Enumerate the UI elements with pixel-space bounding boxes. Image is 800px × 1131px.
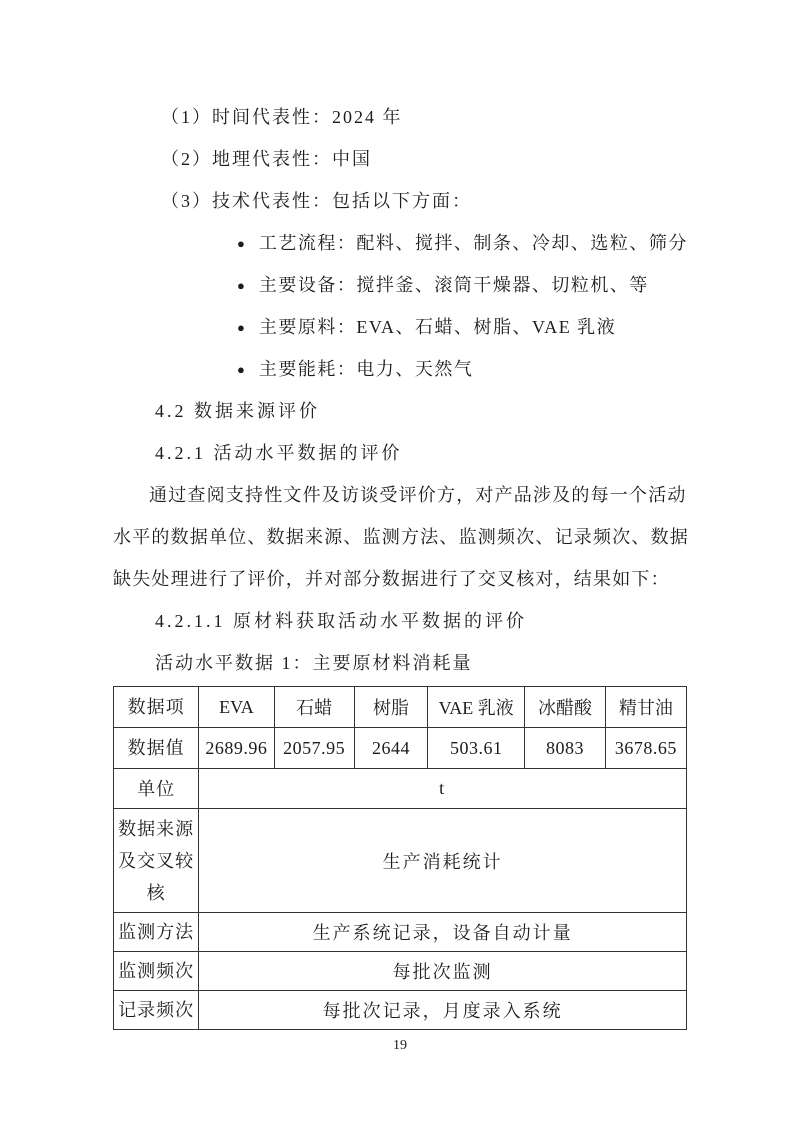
table-header-cell: EVA — [199, 687, 274, 728]
table-header-cell: 树脂 — [354, 687, 427, 728]
section-heading-4-2-1: 4.2.1 活动水平数据的评价 — [113, 432, 688, 474]
data-cell: 2057.95 — [274, 728, 354, 769]
bullet-text: 主要能耗：电力、天然气 — [259, 359, 474, 379]
bullet-item-equipment: ●主要设备：搅拌釜、滚筒干燥器、切粒机、等 — [113, 264, 688, 306]
bullet-icon: ● — [237, 349, 245, 391]
document-page: （1）时间代表性：2024 年 （2）地理代表性：中国 （3）技术代表性：包括以… — [0, 0, 800, 1131]
table-row-unit: 单位 t — [114, 769, 687, 809]
data-cell: t — [199, 769, 687, 809]
bullet-item-materials: ●主要原料：EVA、石蜡、树脂、VAE 乳液 — [113, 306, 688, 348]
table-row-source: 数据来源及交叉较核 生产消耗统计 — [114, 809, 687, 913]
bullet-icon: ● — [237, 307, 245, 349]
numbered-item-time: （1）时间代表性：2024 年 — [113, 96, 688, 138]
bullet-item-process: ●工艺流程：配料、搅拌、制条、冷却、选粒、筛分 — [113, 222, 688, 264]
data-cell: 每批次记录，月度录入系统 — [199, 991, 687, 1030]
row-label: 单位 — [114, 769, 199, 809]
data-cell: 2644 — [354, 728, 427, 769]
table-row-values: 数据值 2689.96 2057.95 2644 503.61 8083 367… — [114, 728, 687, 769]
numbered-item-geo: （2）地理代表性：中国 — [113, 138, 688, 180]
paragraph-line: 水平的数据单位、数据来源、监测方法、监测频次、记录频次、数据 — [113, 516, 688, 558]
bullet-icon: ● — [237, 265, 245, 307]
table-caption: 活动水平数据 1：主要原材料消耗量 — [113, 642, 688, 684]
row-label: 监测方法 — [114, 913, 199, 952]
row-label: 数据来源及交叉较核 — [114, 809, 199, 913]
data-cell: 503.61 — [428, 728, 525, 769]
table-header-cell: VAE 乳液 — [428, 687, 525, 728]
numbered-item-tech: （3）技术代表性：包括以下方面： — [113, 180, 688, 222]
paragraph-line: 缺失处理进行了评价，并对部分数据进行了交叉核对，结果如下： — [113, 558, 688, 600]
table-header-cell: 数据项 — [114, 687, 199, 728]
data-cell: 生产系统记录，设备自动计量 — [199, 913, 687, 952]
section-heading-4-2-1-1: 4.2.1.1 原材料获取活动水平数据的评价 — [113, 600, 688, 642]
row-label: 监测频次 — [114, 952, 199, 991]
table-header-cell: 精甘油 — [605, 687, 686, 728]
data-cell: 每批次监测 — [199, 952, 687, 991]
bullet-text: 工艺流程：配料、搅拌、制条、冷却、选粒、筛分 — [259, 233, 688, 253]
bullet-item-energy: ●主要能耗：电力、天然气 — [113, 348, 688, 390]
table-row-record-freq: 记录频次 每批次记录，月度录入系统 — [114, 991, 687, 1030]
paragraph-line: 通过查阅支持性文件及访谈受评价方，对产品涉及的每一个活动 — [113, 474, 688, 516]
page-content: （1）时间代表性：2024 年 （2）地理代表性：中国 （3）技术代表性：包括以… — [113, 96, 688, 1030]
table-header-cell: 冰醋酸 — [525, 687, 605, 728]
data-cell: 3678.65 — [605, 728, 686, 769]
bullet-text: 主要设备：搅拌釜、滚筒干燥器、切粒机、等 — [259, 275, 649, 295]
page-number: 19 — [0, 1038, 800, 1054]
row-label: 数据值 — [114, 728, 199, 769]
table-header-row: 数据项 EVA 石蜡 树脂 VAE 乳液 冰醋酸 精甘油 — [114, 687, 687, 728]
row-label: 记录频次 — [114, 991, 199, 1030]
table-row-monitor-freq: 监测频次 每批次监测 — [114, 952, 687, 991]
activity-data-table: 数据项 EVA 石蜡 树脂 VAE 乳液 冰醋酸 精甘油 数据值 2689.96… — [113, 686, 687, 1030]
data-cell: 8083 — [525, 728, 605, 769]
data-cell: 生产消耗统计 — [199, 809, 687, 913]
bullet-text: 主要原料：EVA、石蜡、树脂、VAE 乳液 — [259, 317, 616, 337]
data-cell: 2689.96 — [199, 728, 274, 769]
table-header-cell: 石蜡 — [274, 687, 354, 728]
section-heading-4-2: 4.2 数据来源评价 — [113, 390, 688, 432]
bullet-icon: ● — [237, 223, 245, 265]
table-row-method: 监测方法 生产系统记录，设备自动计量 — [114, 913, 687, 952]
